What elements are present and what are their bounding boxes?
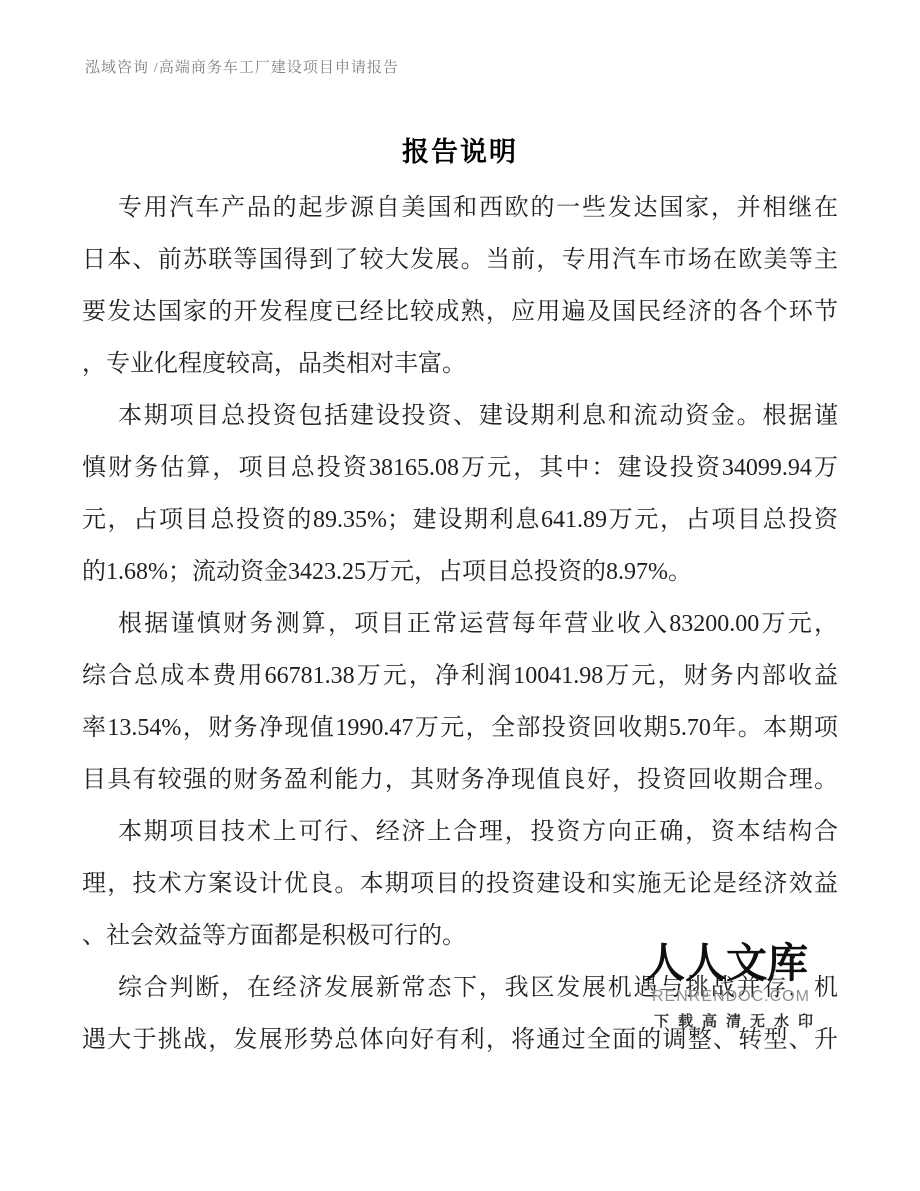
- page-title: 报告说明: [0, 130, 920, 169]
- text-line: 理，技术方案设计优良。本期项目的投资建设和实施无论是经济效益: [82, 858, 838, 910]
- text-line: 要发达国家的开发程度已经比较成熟，应用遍及国民经济的各个环节: [82, 286, 838, 338]
- text-line: 目具有较强的财务盈利能力，其财务净现值良好，投资回收期合理。: [82, 754, 838, 806]
- text-line: 、社会效益等方面都是积极可行的。: [82, 910, 838, 962]
- text-line: 元，占项目总投资的89.35%；建设期利息641.89万元，占项目总投资: [82, 494, 838, 546]
- text-line: 的1.68%；流动资金3423.25万元，占项目总投资的8.97%。: [82, 546, 838, 598]
- text-line: 日本、前苏联等国得到了较大发展。当前，专用汽车市场在欧美等主: [82, 234, 838, 286]
- page-header: 泓域咨询 /高端商务车工厂建设项目申请报告: [85, 56, 399, 77]
- document-body: 专用汽车产品的起步源自美国和西欧的一些发达国家，并相继在日本、前苏联等国得到了较…: [82, 182, 838, 1066]
- document-page: 泓域咨询 /高端商务车工厂建设项目申请报告 报告说明 专用汽车产品的起步源自美国…: [0, 0, 920, 1191]
- text-line: 综合总成本费用66781.38万元，净利润10041.98万元，财务内部收益: [82, 650, 838, 702]
- text-line: 专用汽车产品的起步源自美国和西欧的一些发达国家，并相继在: [82, 182, 838, 234]
- text-line: 综合判断，在经济发展新常态下，我区发展机遇与挑战并存，机: [82, 962, 838, 1014]
- text-line: 率13.54%，财务净现值1990.47万元，全部投资回收期5.70年。本期项: [82, 702, 838, 754]
- text-line: 本期项目总投资包括建设投资、建设期利息和流动资金。根据谨: [82, 390, 838, 442]
- text-line: 根据谨慎财务测算，项目正常运营每年营业收入83200.00万元，: [82, 598, 838, 650]
- text-line: 遇大于挑战，发展形势总体向好有利，将通过全面的调整、转型、升: [82, 1014, 838, 1066]
- text-line: ，专业化程度较高，品类相对丰富。: [82, 338, 838, 390]
- text-line: 本期项目技术上可行、经济上合理，投资方向正确，资本结构合: [82, 806, 838, 858]
- text-line: 慎财务估算，项目总投资38165.08万元，其中：建设投资34099.94万: [82, 442, 838, 494]
